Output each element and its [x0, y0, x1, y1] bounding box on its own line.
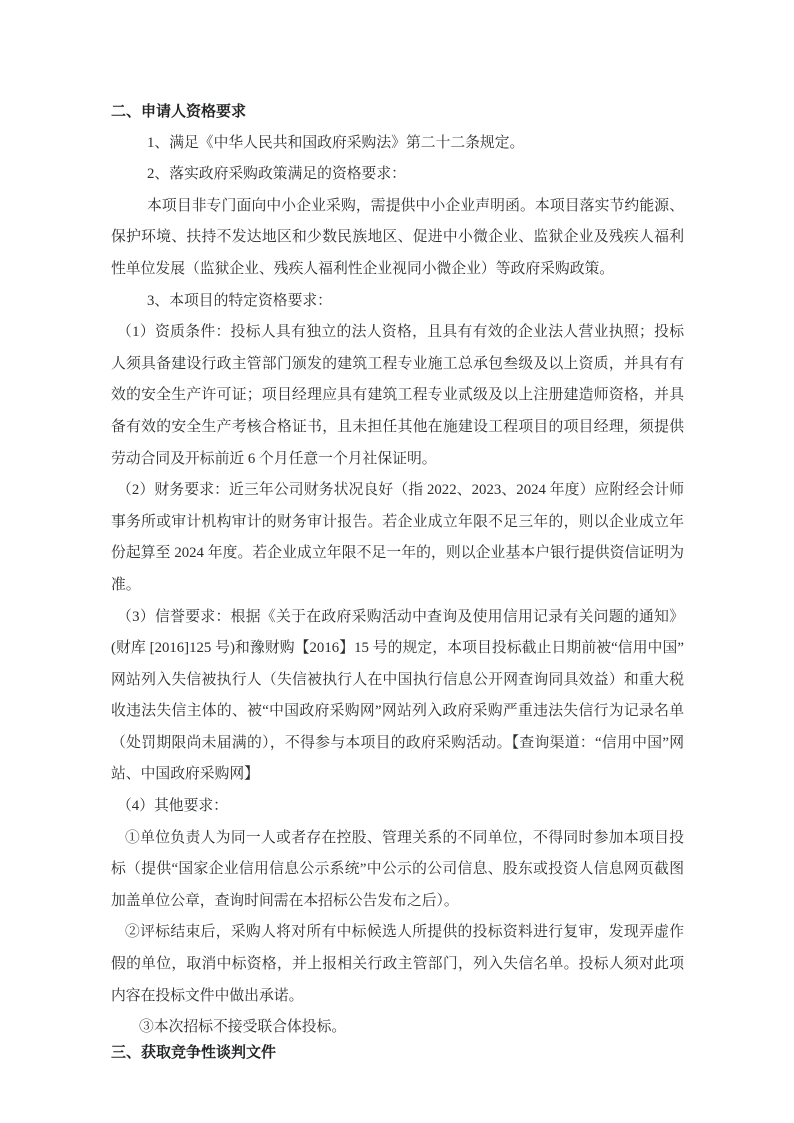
paragraph-item-2-policy-requirements: 2、落实政府采购政策满足的资格要求：: [111, 159, 684, 191]
paragraph-sub3-credit-requirements: （3）信誉要求：根据《关于在政府采购活动中查询及使用信用记录有关问题的通知》(财…: [111, 602, 684, 792]
section-heading-applicant-qualification-requirements: 二、申请人资格要求: [111, 96, 684, 128]
paragraph-item-3-specific-requirements: 3、本项目的特定资格要求：: [111, 286, 684, 318]
paragraph-item-1-procurement-law: 1、满足《中华人民共和国政府采购法》第二十二条规定。: [111, 128, 684, 160]
paragraph-sme-policy-statement: 本项目非专门面向中小企业采购，需提供中小企业声明函。本项目落实节约能源、保护环境…: [111, 191, 684, 286]
section-heading-obtain-negotiation-documents: 三、获取竞争性谈判文件: [111, 1037, 684, 1069]
document-page: 二、申请人资格要求 1、满足《中华人民共和国政府采购法》第二十二条规定。 2、落…: [0, 0, 794, 1123]
paragraph-sub2-financial-requirements: （2）财务要求：近三年公司财务状况良好（指 2022、2023、2024 年度）…: [111, 475, 684, 601]
paragraph-sub1-qualification-conditions: （1）资质条件：投标人具有独立的法人资格，且具有有效的企业法人营业执照；投标人须…: [111, 317, 684, 475]
paragraph-circle1-same-responsible-person: ①单位负责人为同一人或者存在控股、管理关系的不同单位，不得同时参加本项目投标（提…: [111, 823, 684, 918]
paragraph-circle2-bid-review: ②评标结束后，采购人将对所有中标候选人所提供的投标资料进行复审，发现弄虚作假的单…: [111, 917, 684, 1012]
document-content: 二、申请人资格要求 1、满足《中华人民共和国政府采购法》第二十二条规定。 2、落…: [111, 96, 684, 1068]
paragraph-sub4-other-requirements: （4）其他要求：: [111, 791, 684, 823]
